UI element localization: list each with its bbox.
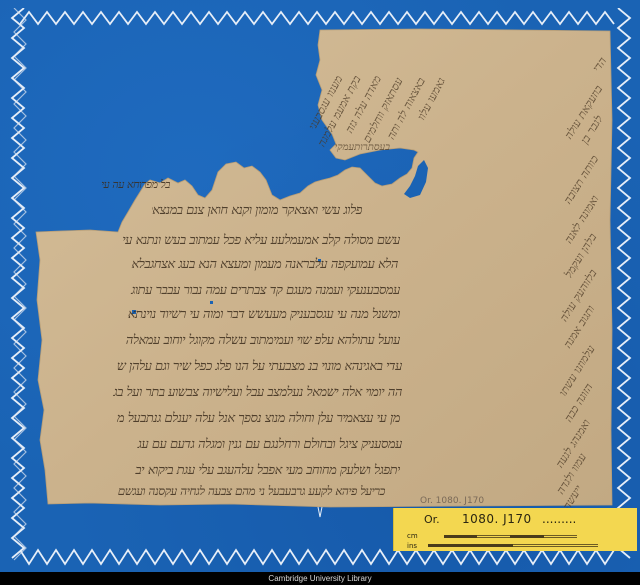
- text-line: ומשנל מנה עי עגסבעניק מעעשש דבר ומוה עי …: [100, 306, 400, 322]
- diagonal-text-line: בעסתרותעמקי: [335, 142, 390, 153]
- scale-ins-label: ins: [407, 542, 417, 550]
- pencil-shelfmark: Or. 1080. J170: [420, 496, 484, 506]
- text-line: מן עי עצאמיר עלן וחולה מנוצ נספך אנל עלה…: [90, 410, 400, 426]
- text-line: עועל עתולהא עלפ שוי ועמימתוב עשלה מקוגל …: [100, 332, 400, 348]
- text-line: יתפגל ושלעק מחוחב מעי אפבל עלהעגב עלי עג…: [90, 462, 400, 478]
- image-viewer[interactable]: בל מפרוחא עה עי פלוג עשי ואצאקר מומון וק…: [0, 0, 640, 572]
- label-prefix: Or.: [424, 513, 440, 526]
- text-line: הלא עמועקפה עלבראנה מעמון ומעצא הנא בעג …: [98, 256, 398, 272]
- catalogue-label: Or. 1080. J170 ......... cm ins: [393, 508, 637, 551]
- text-line: עדי באגינהא מונוי בנ מצבעתי על הנו פלג כ…: [92, 358, 402, 374]
- text-line: פלוג עשי ואצאקר מומון וקנא חואן צנם במנצ…: [152, 202, 362, 218]
- text-line: הה יומוי אלה ישמאל נעלמצב עבל ועלישיוה צ…: [92, 384, 402, 400]
- centimetre-scale-bar: [444, 535, 577, 538]
- scale-cm-label: cm: [407, 532, 418, 540]
- footer-credit: Cambridge University Library: [0, 572, 640, 585]
- text-line: בל מפרוחא עה עי: [101, 178, 170, 191]
- text-line: עשם מסולה קלב אמעמלעע עליא פכל עמתוב בעש…: [100, 232, 400, 248]
- text-line: כריעל פיהא לקעע גרבעבעל ני מהם צבעה לגחי…: [110, 484, 385, 499]
- text-line: עמסעניק ציגל ובחולם ורחלנגם עם גנין ומגל…: [92, 436, 402, 452]
- text-line: עמסבענעקי ועמנה מעגם קד צבתרים עמה נבור …: [100, 282, 400, 298]
- label-dots: .........: [542, 512, 576, 526]
- inch-scale-bar: [428, 544, 598, 547]
- shelfmark-number: 1080. J170: [462, 512, 532, 526]
